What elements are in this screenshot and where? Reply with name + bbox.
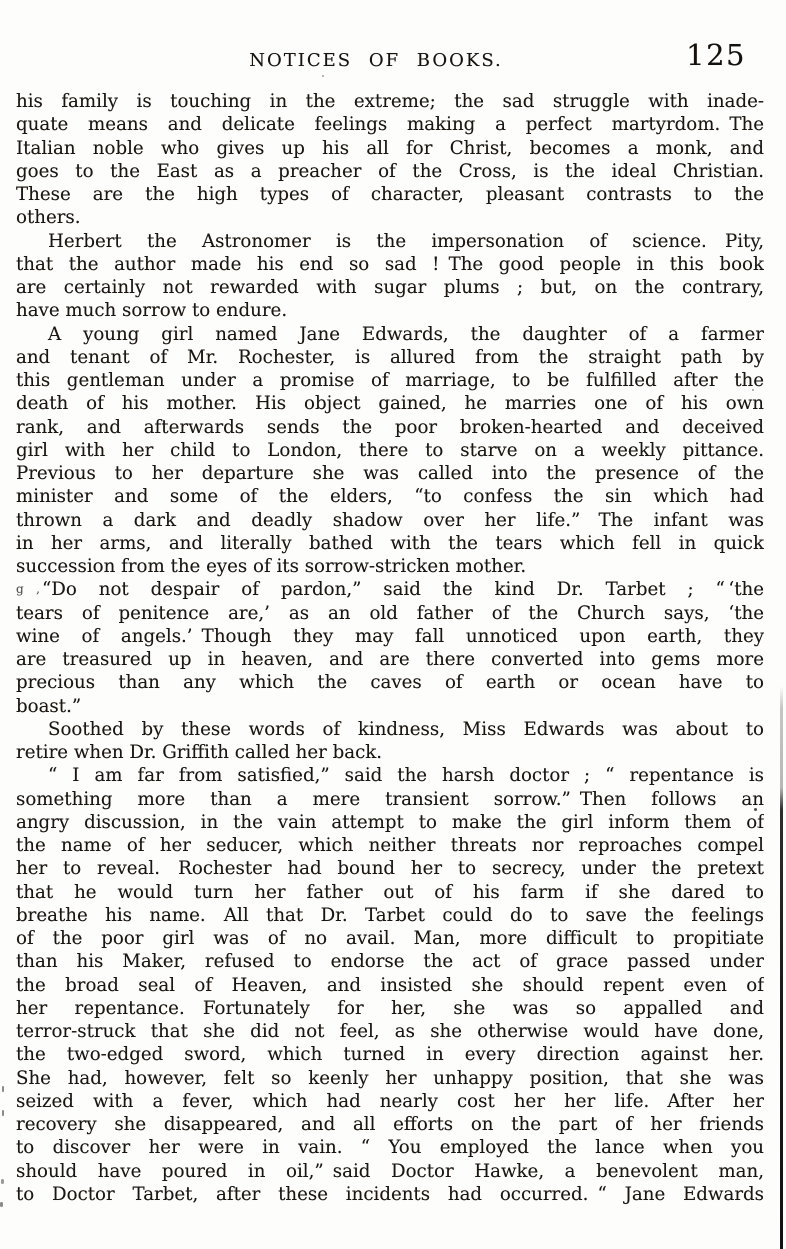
text-line: breathe his name. All that Dr. Tarbet co… [16, 904, 764, 927]
text-line: and tenant of Mr. Rochester, is allured … [16, 346, 764, 369]
text-line: rank, and afterwards sends the poor brok… [16, 416, 764, 439]
text-line: in her arms, and literally bathed with t… [16, 532, 764, 555]
text-line: tears of penitence are,’ as an old fathe… [16, 602, 764, 625]
paragraph: g ,“Do not despair of pardon,” said the … [16, 578, 764, 718]
scan-speck [757, 826, 759, 828]
book-page-scan: NOTICES OF BOOKS. 125 his family is touc… [0, 0, 786, 1249]
paragraph: “ I am far from satisfied,” said the har… [16, 764, 764, 1206]
paragraph: Herbert the Astronomer is the impersonat… [16, 230, 764, 323]
printing-artifact: g , [16, 578, 42, 601]
text-line: should have poured in oil,” said Doctor … [16, 1160, 764, 1183]
text-line: to discover her were in vain. “ You empl… [16, 1136, 764, 1159]
text-line: this gentleman under a promise of marria… [16, 369, 764, 392]
text-line: others. [16, 206, 764, 229]
scan-speck [2, 1086, 4, 1092]
text-line: the name of her seducer, which neither t… [16, 834, 764, 857]
text-line: that the author made his end so sad ! Th… [16, 253, 764, 276]
text-line: his family is touching in the extreme; t… [16, 90, 764, 113]
scan-speck [754, 808, 757, 811]
page-number: 125 [686, 38, 746, 72]
text-line: than his Maker, refused to endorse the a… [16, 950, 764, 973]
running-title: NOTICES OF BOOKS. [0, 50, 752, 71]
text-line: something more than a mere transient sor… [16, 788, 764, 811]
text-line: “ I am far from satisfied,” said the har… [16, 764, 764, 787]
text-line: thrown a dark and deadly shadow over her… [16, 509, 764, 532]
scan-edge-line-artifact [780, 686, 783, 1249]
text-line: She had, however, felt so keenly her unh… [16, 1067, 764, 1090]
text-line: goes to the East as a preacher of the Cr… [16, 160, 764, 183]
paragraph: A young girl named Jane Edwards, the dau… [16, 323, 764, 579]
text-line: death of his mother. His object gained, … [16, 392, 764, 415]
text-line: girl with her child to London, there to … [16, 439, 764, 462]
text-line: retire when Dr. Griffith called her back… [16, 741, 764, 764]
text-line: have much sorrow to endure. [16, 299, 764, 322]
paragraph: his family is touching in the extreme; t… [16, 90, 764, 230]
text-line: the broad seal of Heaven, and insisted s… [16, 974, 764, 997]
text-line: Herbert the Astronomer is the impersonat… [16, 230, 764, 253]
paragraph: Soothed by these words of kindness, Miss… [16, 718, 764, 765]
text-line: her to reveal. Rochester had bound her t… [16, 857, 764, 880]
text-line: seized with a fever, which had nearly co… [16, 1090, 764, 1113]
text-line: recovery she disappeared, and all effort… [16, 1113, 764, 1136]
text-line: g ,“Do not despair of pardon,” said the … [16, 578, 764, 601]
text-line: minister and some of the elders, “to con… [16, 485, 764, 508]
text-line: precious than any which the caves of ear… [16, 671, 764, 694]
text-line: are treasured up in heaven, and are ther… [16, 648, 764, 671]
text-line: These are the high types of character, p… [16, 183, 764, 206]
text-line: the two-edged sword, which turned in eve… [16, 1043, 764, 1066]
text-line: to Doctor Tarbet, after these incidents … [16, 1183, 764, 1206]
text-line: are certainly not rewarded with sugar pl… [16, 276, 764, 299]
scan-speck [322, 75, 324, 77]
scan-speck [0, 1202, 3, 1207]
text-line: wine of angels.’ Though they may fall un… [16, 625, 764, 648]
text-line: boast.” [16, 695, 764, 718]
text-block: his family is touching in the extreme; t… [16, 90, 764, 1206]
text-line: terror-struck that she did not feel, as … [16, 1020, 764, 1043]
text-line: her repentance. Fortunately for her, she… [16, 997, 764, 1020]
text-line: Previous to her departure she was called… [16, 462, 764, 485]
text-line: Italian noble who gives up his all for C… [16, 137, 764, 160]
scan-speck [1, 1179, 4, 1184]
text-line: Soothed by these words of kindness, Miss… [16, 718, 764, 741]
text-line: that he would turn her father out of his… [16, 881, 764, 904]
text-line: angry discussion, in the vain attempt to… [16, 811, 764, 834]
scan-speck [752, 389, 754, 391]
text-line: of the poor girl was of no avail. Man, m… [16, 927, 764, 950]
scan-speck [2, 1110, 4, 1116]
text-line: succession from the eyes of its sorrow-s… [16, 555, 764, 578]
text-line: A young girl named Jane Edwards, the dau… [16, 323, 764, 346]
text-line: quate means and delicate feelings making… [16, 113, 764, 136]
